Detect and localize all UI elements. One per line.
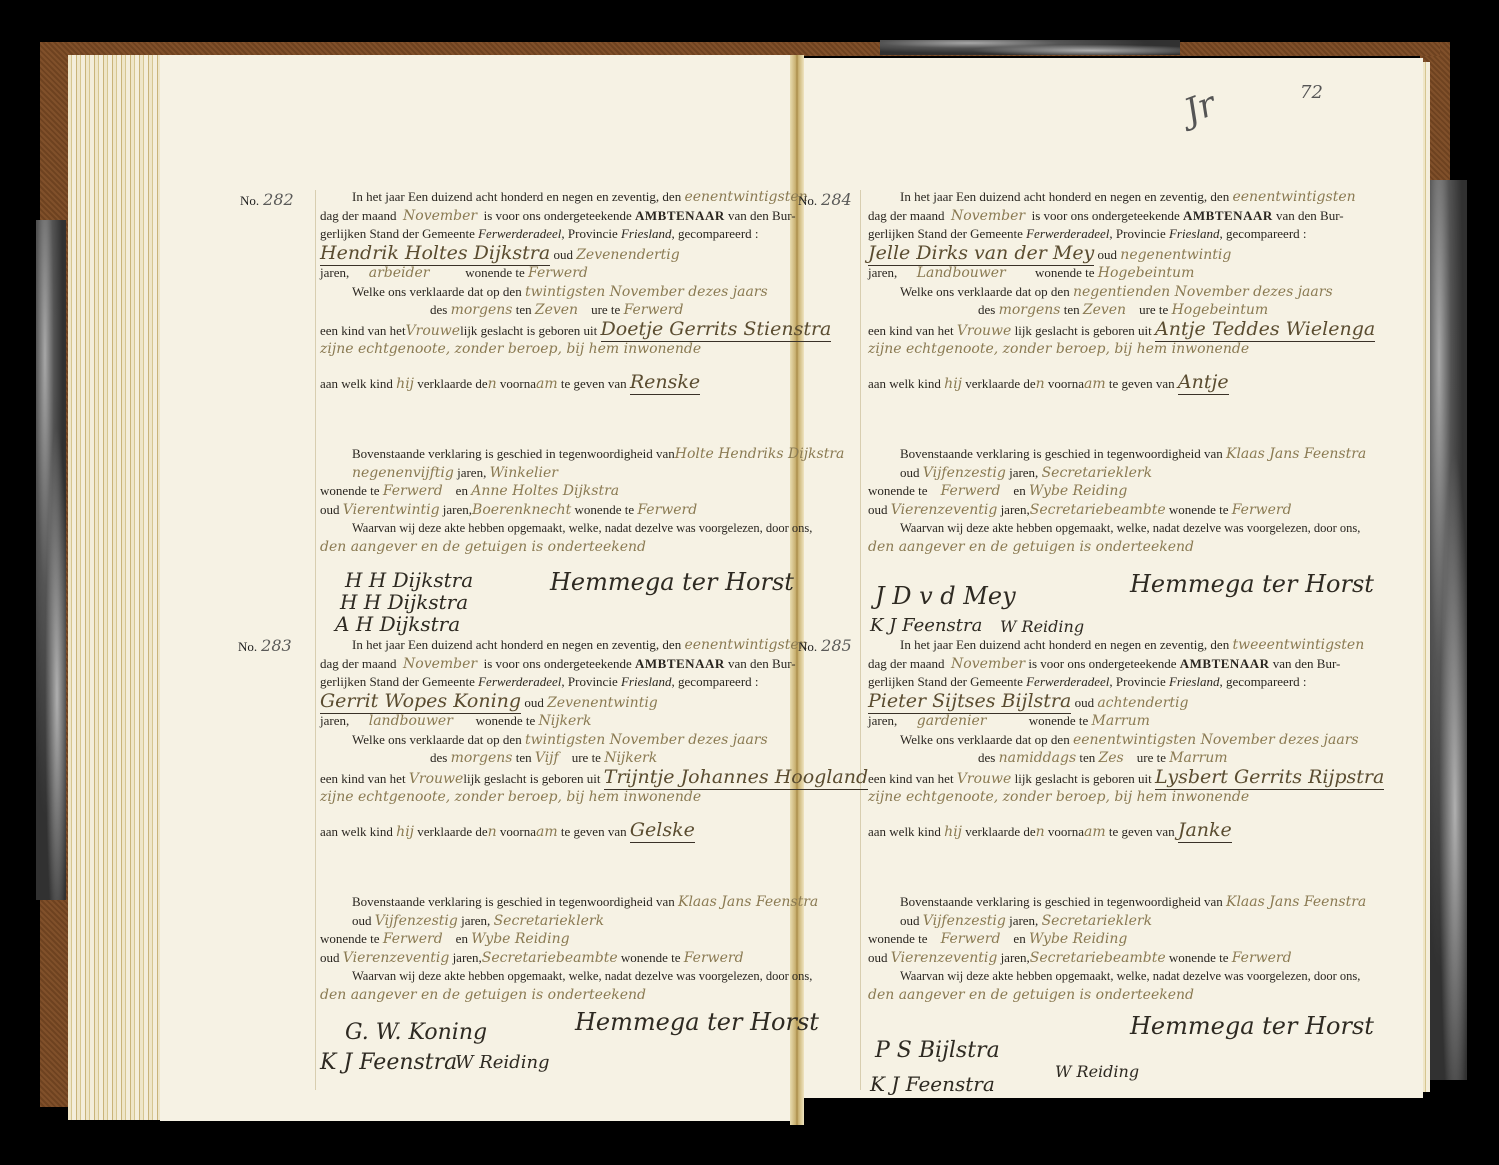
signature-3: W Reiding [1000, 617, 1084, 636]
signature-1: G. W. Koning [345, 1020, 487, 1045]
signature-1: H H Dijkstra [345, 568, 473, 592]
signature-2: H H Dijkstra [340, 590, 468, 614]
child-name: Gelske [630, 819, 695, 843]
marble-endpaper-top [880, 40, 1180, 55]
signature-2: K J Feenstra [870, 1072, 995, 1096]
declarant-name: Hendrik Holtes Dijkstra [320, 242, 550, 266]
declarant-name: Gerrit Wopes Koning [320, 690, 521, 714]
entry-number: No.282 [240, 190, 294, 209]
marble-endpaper-left [36, 220, 66, 900]
book-cover-top [80, 42, 1440, 56]
signature-2: K J Feenstra [320, 1050, 457, 1075]
signature-1: J D v d Mey [875, 582, 1016, 610]
mother-name: Trijntje Johannes Hoogland [604, 766, 868, 790]
marble-endpaper-right [1427, 180, 1467, 1080]
child-name: Renske [630, 371, 700, 395]
signature-3: W Reiding [1055, 1062, 1139, 1081]
mother-name: Doetje Gerrits Stienstra [601, 318, 832, 342]
margin-rule-left [315, 190, 316, 1090]
official-signature: Hemmega ter Horst [575, 1008, 819, 1036]
page-stack-right [1422, 62, 1430, 1092]
margin-rule-right [860, 190, 861, 1090]
mother-name: Antje Teddes Wielenga [1155, 318, 1375, 342]
official-signature: Hemmega ter Horst [550, 568, 794, 596]
mother-name: Lysbert Gerrits Rijpstra [1155, 766, 1384, 790]
entry-number: No.285 [798, 636, 852, 655]
child-name: Janke [1178, 819, 1232, 843]
page-stack-left [68, 55, 160, 1120]
declarant-name: Pieter Sijtses Bijlstra [868, 690, 1071, 714]
signature-3: A H Dijkstra [335, 612, 460, 636]
official-signature: Hemmega ter Horst [1130, 570, 1374, 598]
entry-number: No.283 [238, 636, 292, 655]
entry-number: No.284 [798, 190, 852, 209]
declarant-name: Jelle Dirks van der Mey [868, 242, 1094, 266]
child-name: Antje [1178, 371, 1229, 395]
signature-1: P S Bijlstra [875, 1038, 1000, 1063]
page-number: 72 [1300, 82, 1323, 103]
signature-2: K J Feenstra [870, 615, 982, 636]
official-signature: Hemmega ter Horst [1130, 1012, 1374, 1040]
signature-3: W Reiding [455, 1052, 550, 1073]
